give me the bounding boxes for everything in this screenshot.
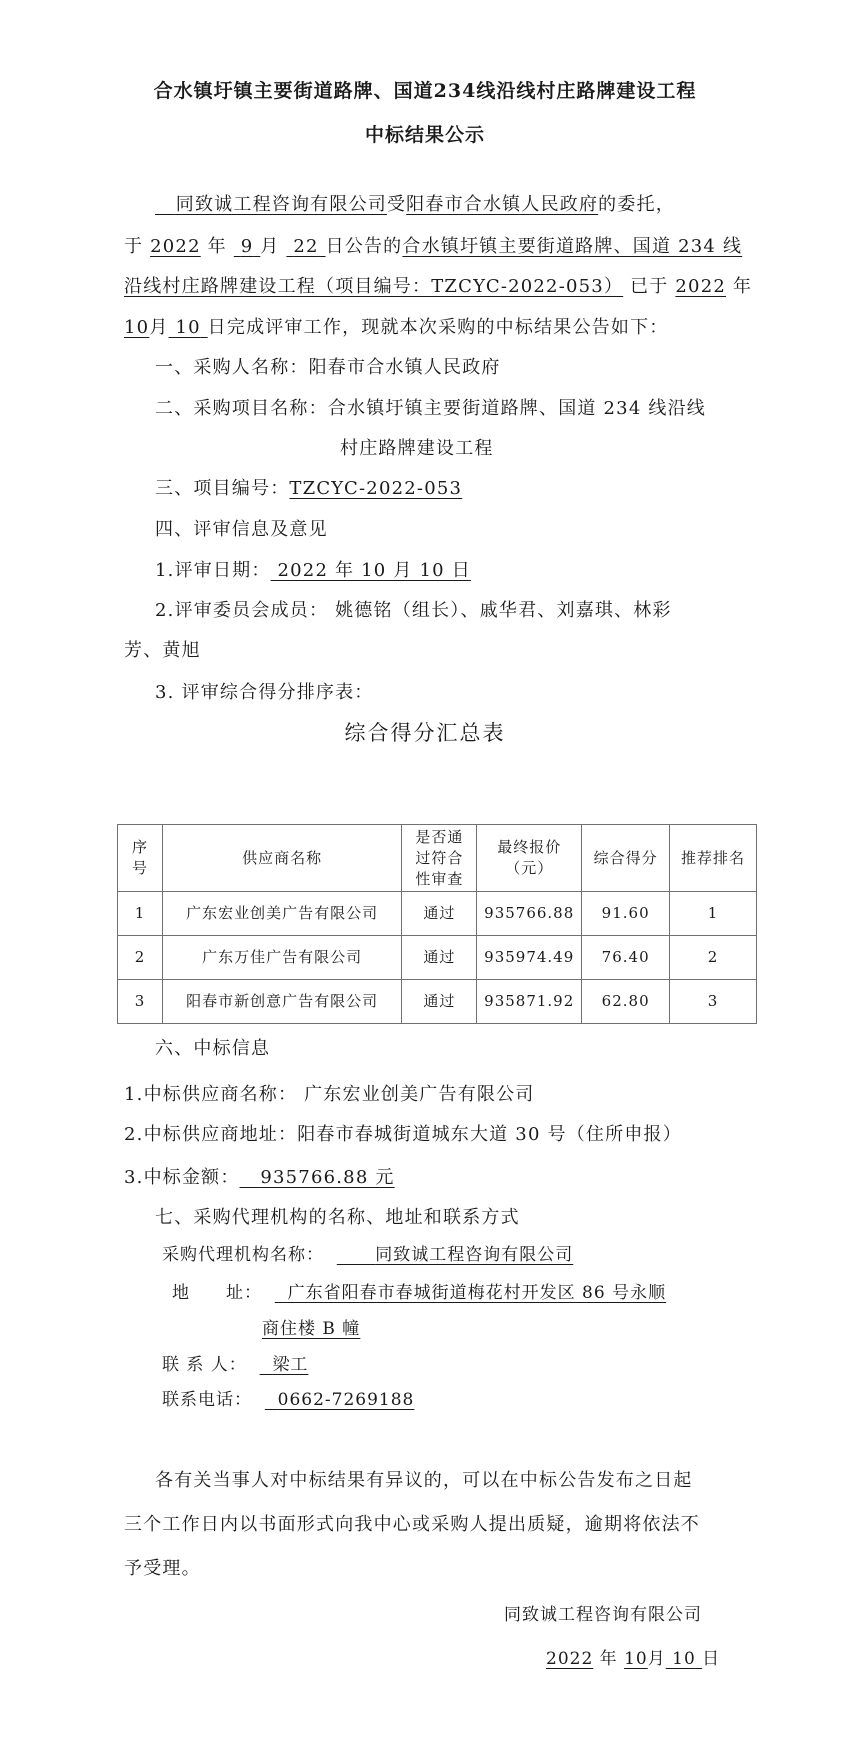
document-title: 合水镇圩镇主要街道路牌、国道234线沿线村庄路牌建设工程 bbox=[0, 76, 850, 103]
closing-line-2: 三个工作日内以书面形式向我中心或采购人提出质疑，逾期将依法不 bbox=[124, 1510, 700, 1536]
contact-phone-row: 联系电话： 0662-7269188 bbox=[162, 1385, 414, 1410]
cell-compliance: 通过 bbox=[402, 936, 477, 980]
purchaser-value: 阳春市合水镇人民政府 bbox=[309, 357, 501, 378]
contact-person-label: 联 系 人： bbox=[162, 1355, 247, 1375]
winner-address-label: 2.中标供应商地址： bbox=[124, 1124, 297, 1145]
agency-address-label: 地 址： bbox=[172, 1283, 262, 1303]
review-month: 10 bbox=[124, 317, 149, 338]
award-amount-row: 3.中标金额： 935766.88 元 bbox=[124, 1163, 395, 1189]
intro-line-1: 同致诚工程咨询有限公司受阳春市合水镇人民政府的委托， bbox=[155, 190, 675, 216]
purchaser-name: 阳春市合水镇人民政府 bbox=[406, 194, 598, 215]
review-date-label: 1.评审日期： bbox=[155, 560, 271, 581]
announce-day: 22 bbox=[286, 236, 325, 257]
cell-compliance: 通过 bbox=[402, 892, 477, 936]
table-row: 1 广东宏业创美广告有限公司 通过 935766.88 91.60 1 bbox=[118, 892, 757, 936]
header-final-price: 最终报价（元） bbox=[477, 825, 582, 892]
winner-name-value: 广东宏业创美广告有限公司 bbox=[304, 1084, 534, 1105]
closing-line-3: 予受理。 bbox=[124, 1554, 201, 1580]
table-caption: 综合得分汇总表 bbox=[0, 717, 850, 747]
committee-row: 2.评审委员会成员： 姚德铭（组长）、戚华君、刘嘉琪、林彩 bbox=[155, 596, 672, 622]
cell-no: 3 bbox=[118, 980, 163, 1024]
closing-line-1: 各有关当事人对中标结果有异议的，可以在中标公告发布之日起 bbox=[155, 1466, 693, 1492]
winner-name-label: 1.中标供应商名称： bbox=[124, 1084, 297, 1105]
cell-rank: 1 bbox=[670, 892, 757, 936]
winner-address-row: 2.中标供应商地址：阳春市春城街道城东大道 30 号（住所申报） bbox=[124, 1120, 682, 1146]
committee-members: 姚德铭（组长）、戚华君、刘嘉琪、林彩 bbox=[335, 600, 672, 621]
header-rank: 推荐排名 bbox=[670, 825, 757, 892]
contact-person-row: 联 系 人： 梁工 bbox=[162, 1350, 308, 1375]
document-subtitle: 中标结果公示 bbox=[0, 120, 850, 147]
review-date-row: 1.评审日期： 2022 年 10 月 10 日 bbox=[155, 556, 471, 582]
cell-price: 935974.49 bbox=[477, 936, 582, 980]
cell-supplier: 阳春市新创意广告有限公司 bbox=[162, 980, 401, 1024]
cell-compliance: 通过 bbox=[402, 980, 477, 1024]
intro-line-4: 10月 10 日完成评审工作，现就本次采购的中标结果公告如下： bbox=[124, 313, 668, 339]
signature-year: 2022 bbox=[546, 1649, 593, 1669]
announce-year: 2022 bbox=[150, 236, 201, 257]
ranking-table-label: 3. 评审综合得分排序表： bbox=[155, 678, 374, 704]
table-row: 2 广东万佳广告有限公司 通过 935974.49 76.40 2 bbox=[118, 936, 757, 980]
header-supplier: 供应商名称 bbox=[162, 825, 401, 892]
review-info-heading: 四、评审信息及意见 bbox=[155, 515, 328, 541]
agency-name-row: 采购代理机构名称： 同致诚工程咨询有限公司 bbox=[162, 1240, 573, 1265]
review-day: 10 bbox=[169, 317, 208, 338]
award-amount-value: 935766.88 元 bbox=[240, 1167, 395, 1188]
cell-no: 2 bbox=[118, 936, 163, 980]
cell-score: 62.80 bbox=[582, 980, 670, 1024]
cell-score: 91.60 bbox=[582, 892, 670, 936]
table-header-row: 序号 供应商名称 是否通过符合性审查 最终报价（元） 综合得分 推荐排名 bbox=[118, 825, 757, 892]
cell-rank: 3 bbox=[670, 980, 757, 1024]
purchaser-row: 一、采购人名称：阳春市合水镇人民政府 bbox=[155, 353, 501, 379]
award-info-heading: 六、中标信息 bbox=[155, 1034, 270, 1060]
header-compliance: 是否通过符合性审查 bbox=[402, 825, 477, 892]
cell-rank: 2 bbox=[670, 936, 757, 980]
signature-company: 同致诚工程咨询有限公司 bbox=[504, 1600, 702, 1625]
cell-no: 1 bbox=[118, 892, 163, 936]
intro-line-2: 于 2022 年 9 月 22 日公告的合水镇圩镇主要街道路牌、国道 234 线 bbox=[124, 232, 742, 258]
contact-phone-label: 联系电话： bbox=[162, 1390, 252, 1410]
award-amount-label: 3.中标金额： bbox=[124, 1167, 240, 1188]
agency-address-row: 地 址： 广东省阳春市春城街道梅花村开发区 86 号永顺 bbox=[172, 1278, 666, 1303]
header-no: 序号 bbox=[118, 825, 163, 892]
cell-supplier: 广东万佳广告有限公司 bbox=[162, 936, 401, 980]
winner-name-row: 1.中标供应商名称： 广东宏业创美广告有限公司 bbox=[124, 1080, 535, 1106]
committee-label: 2.评审委员会成员： bbox=[155, 600, 328, 621]
announce-month: 9 bbox=[234, 236, 261, 257]
review-year: 2022 bbox=[675, 276, 726, 297]
project-name-value: 合水镇圩镇主要街道路牌、国道 234 线沿线 bbox=[328, 398, 706, 419]
agency-address-continued: 商住楼 B 幢 bbox=[262, 1314, 360, 1339]
project-name-row: 二、采购项目名称：合水镇圩镇主要街道路牌、国道 234 线沿线 bbox=[155, 394, 706, 420]
cell-price: 935766.88 bbox=[477, 892, 582, 936]
agency-name-value: 同致诚工程咨询有限公司 bbox=[337, 1245, 573, 1265]
contact-person-value: 梁工 bbox=[260, 1355, 309, 1375]
intro-line-3: 沿线村庄路牌建设工程（项目编号：TZCYC-2022-053） 已于 2022 … bbox=[124, 272, 752, 298]
project-name-part1: 合水镇圩镇主要街道路牌、国道 234 线 bbox=[402, 236, 742, 257]
cell-price: 935871.92 bbox=[477, 980, 582, 1024]
project-name-label: 二、采购项目名称： bbox=[155, 398, 328, 419]
agency-info-heading: 七、采购代理机构的名称、地址和联系方式 bbox=[155, 1203, 520, 1229]
committee-members-continued: 芳、黄旭 bbox=[124, 636, 201, 662]
signature-date: 2022 年 10月 10 日 bbox=[546, 1644, 720, 1669]
table-row: 3 阳春市新创意广告有限公司 通过 935871.92 62.80 3 bbox=[118, 980, 757, 1024]
agency-name: 同致诚工程咨询有限公司 bbox=[155, 194, 387, 215]
project-number-row: 三、项目编号：TZCYC-2022-053 bbox=[155, 474, 462, 500]
signature-month: 10 bbox=[624, 1649, 648, 1669]
header-score: 综合得分 bbox=[582, 825, 670, 892]
agency-address-value: 广东省阳春市春城街道梅花村开发区 86 号永顺 bbox=[275, 1283, 666, 1303]
agency-name-label: 采购代理机构名称： bbox=[162, 1245, 324, 1265]
winner-address-value: 阳春市春城街道城东大道 30 号（住所申报） bbox=[297, 1124, 682, 1145]
cell-supplier: 广东宏业创美广告有限公司 bbox=[162, 892, 401, 936]
project-name-part2: 沿线村庄路牌建设工程（项目编号：TZCYC-2022-053） bbox=[124, 276, 623, 297]
signature-day: 10 bbox=[666, 1649, 702, 1669]
purchaser-label: 一、采购人名称： bbox=[155, 357, 309, 378]
cell-score: 76.40 bbox=[582, 936, 670, 980]
score-summary-table: 序号 供应商名称 是否通过符合性审查 最终报价（元） 综合得分 推荐排名 1 广… bbox=[117, 824, 757, 1024]
contact-phone-value: 0662-7269188 bbox=[265, 1390, 415, 1410]
project-number-value: TZCYC-2022-053 bbox=[289, 478, 462, 499]
project-number-label: 三、项目编号： bbox=[155, 478, 289, 499]
project-name-continued: 村庄路牌建设工程 bbox=[340, 434, 494, 460]
review-date-value: 2022 年 10 月 10 日 bbox=[271, 560, 471, 581]
